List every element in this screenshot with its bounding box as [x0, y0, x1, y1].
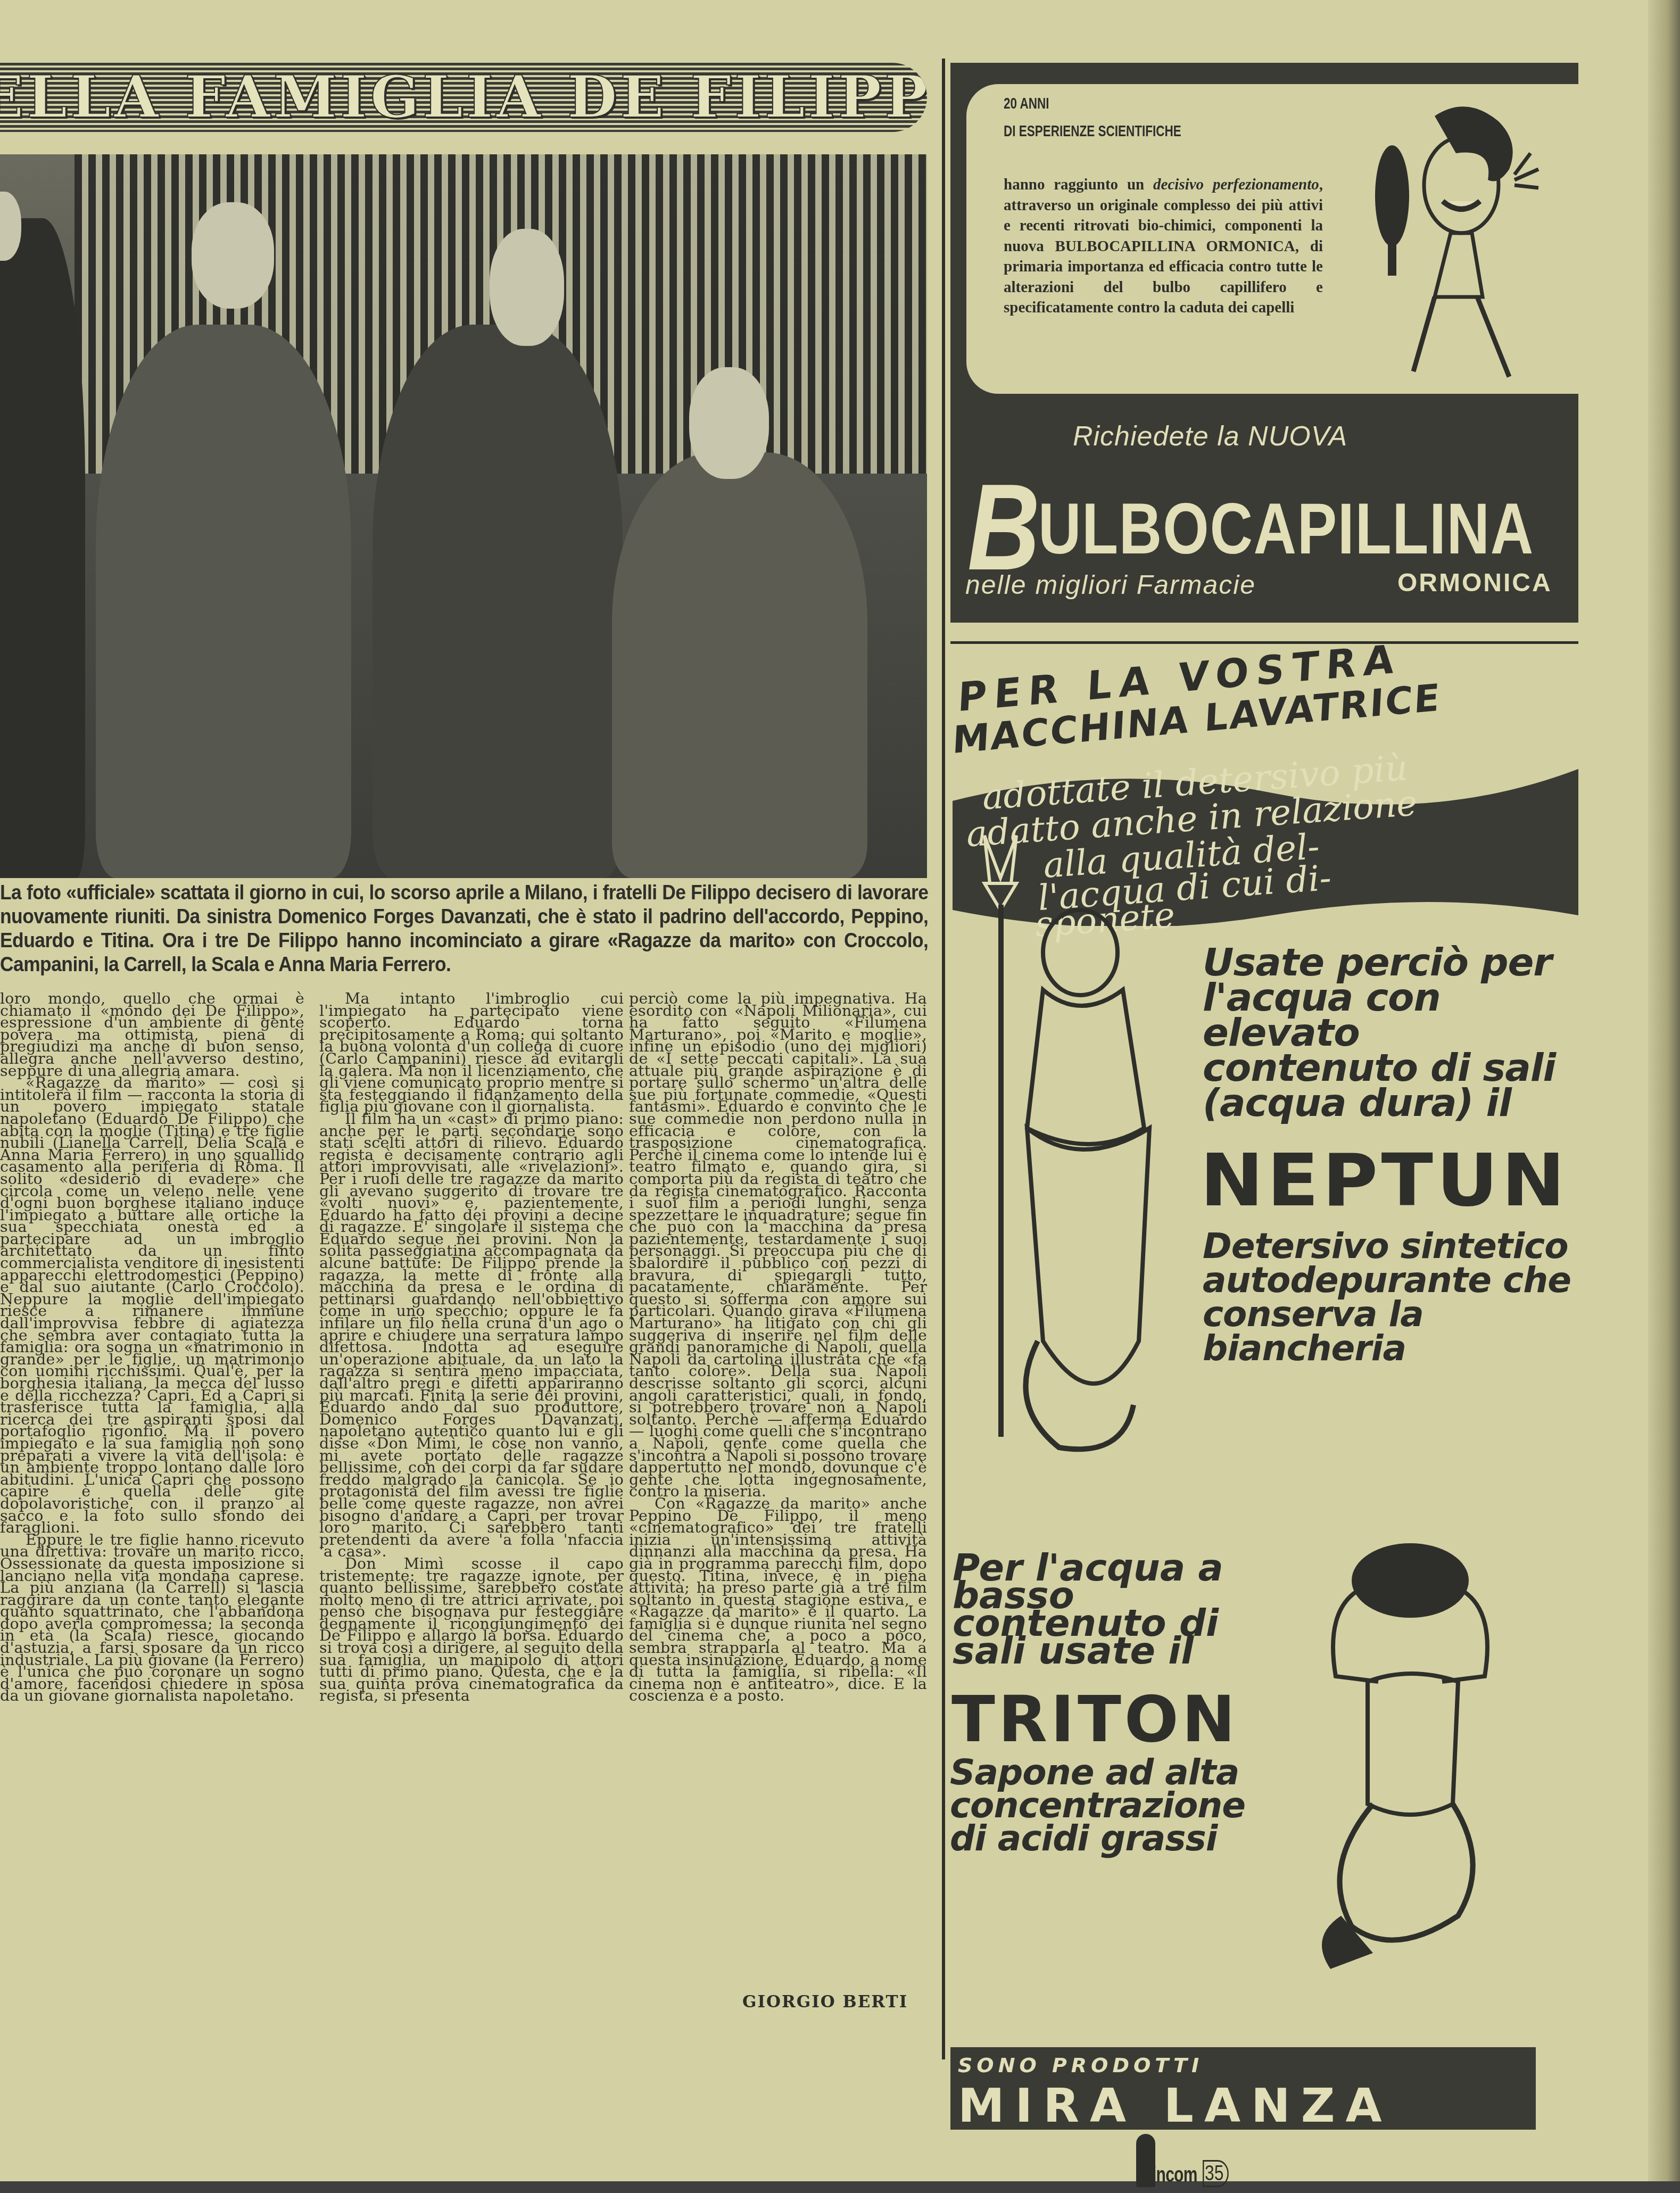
photo-person-eduardo [373, 325, 623, 878]
ad-body-part: hanno raggiunto un [1004, 176, 1153, 193]
neptun-description: Detersivo sintetico autodepurante che co… [1203, 1229, 1575, 1366]
triton-figure-icon [1267, 1533, 1533, 1980]
ad-body-part: , attraverso un originale complesso dei … [1004, 176, 1323, 316]
article-paragraph: Il film ha un «cast» di primo piano: anc… [319, 1113, 624, 1558]
photo-face [689, 367, 769, 479]
ad-separator [950, 641, 1578, 644]
photo-caption: La foto «ufficiale» scattata il giorno i… [0, 881, 928, 976]
photo-person-peppino [96, 325, 351, 878]
publication-name: incom [1152, 2163, 1197, 2187]
mira-lanza-maker-box: SONO PRODOTTI MIRA LANZA [950, 2047, 1536, 2130]
ad-body-text: hanno raggiunto un decisivo perfezioname… [1004, 175, 1323, 318]
triton-brand: TRITON [951, 1683, 1238, 1757]
ad-body-emphasis: decisivo perfezionamento [1153, 176, 1319, 193]
ad-heading: 20 ANNI [1004, 95, 1049, 113]
ad-brand-subtitle: ORMONICA [1397, 568, 1552, 598]
neptun-brand: NEPTUN [1200, 1139, 1568, 1223]
article-paragraph: perciò come la più impegnativa. Ha esord… [629, 993, 927, 1498]
article-headline-banner: ELLA FAMIGLIA DE FILIPPO [0, 63, 927, 132]
column-divider [942, 59, 945, 2059]
article-paragraph: Con «Ragazze da marito» anche Peppino De… [629, 1498, 927, 1702]
photo-person-titina [612, 452, 867, 878]
page-number: 35 [1203, 2160, 1228, 2187]
article-column-1: loro mondo, quello che ormai è chiamato … [0, 993, 304, 1702]
photo-person-left [0, 218, 85, 878]
page-edge-shadow [1648, 0, 1680, 2193]
article-paragraph: loro mondo, quello che ormai è chiamato … [0, 993, 304, 1077]
ad-call-to-action: Richiedete la NUOVA [1073, 420, 1347, 452]
page-bottom-edge [0, 2181, 1680, 2193]
ad-bulbocapillina: 20 ANNI DI ESPERIENZE SCIENTIFICHE hanno… [950, 63, 1578, 623]
neptune-trident-icon [963, 830, 1187, 1485]
neptun-slogan: Usate perciò per l'acqua con elevato con… [1203, 945, 1565, 1120]
ad-footer: nelle migliori Farmacie [965, 569, 1256, 600]
ad-brand-rest: ULBOCAPILLINA [1038, 488, 1534, 569]
article-byline: GIORGIO BERTI [742, 1992, 908, 2012]
maker-brand: MIRA LANZA [958, 2078, 1393, 2133]
maker-subtitle: SONO PRODOTTI [958, 2054, 1203, 2077]
article-photo [0, 154, 927, 878]
article-paragraph: Ma intanto l'imbroglio cui l'impiegato h… [319, 993, 624, 1113]
article-column-3: perciò come la più impegnativa. Ha esord… [629, 993, 927, 1702]
article-column-2: Ma intanto l'imbroglio cui l'impiegato h… [319, 993, 624, 1702]
article-paragraph: «Ragazze da marito» — così si intitolerà… [0, 1077, 304, 1534]
triton-slogan: Per l'acqua a basso contenuto di sali us… [953, 1554, 1272, 1665]
triton-description: Sapone ad alta concentrazione di acidi g… [950, 1756, 1280, 1855]
publication-footer: incom 35 [1136, 2134, 1231, 2187]
ad-subheading: DI ESPERIENZE SCIENTIFICHE [1004, 122, 1181, 140]
photo-face [192, 202, 274, 309]
article-paragraph: Eppure le tre figlie hanno ricevuto una … [0, 1534, 304, 1702]
photo-face [490, 229, 564, 346]
article-headline: ELLA FAMIGLIA DE FILIPPO [0, 64, 927, 131]
article-paragraph: Don Mimì scosse il capo tristemente: tre… [319, 1558, 624, 1702]
cartoon-man-mirror-icon [1355, 95, 1546, 393]
